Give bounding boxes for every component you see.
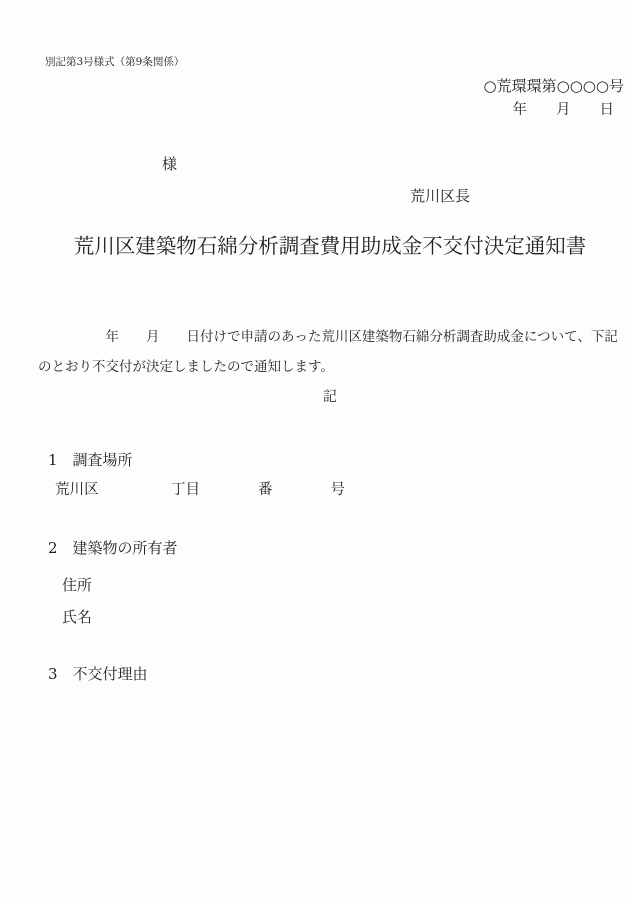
document-title: 荒川区建築物石綿分析調査費用助成金不交付決定通知書	[38, 235, 622, 259]
section-2-heading-building-owner: 2 建築物の所有者	[48, 540, 178, 557]
section-3-heading-denial-reason: 3 不交付理由	[48, 666, 148, 683]
survey-location-address-line: 荒川区 丁目 番 号	[55, 482, 345, 499]
addressee-honorific: 様	[162, 156, 177, 173]
issue-date-line: 年 月 日	[513, 102, 615, 119]
sender-name: 荒川区長	[410, 188, 470, 205]
document-number: ○荒環環第○○○○号	[484, 78, 624, 95]
ki-marker: 記	[38, 389, 622, 405]
body-paragraph-line-1: 年 月 日付けで申請のあった荒川区建築物石綿分析調査助成金について、下記	[38, 330, 618, 346]
body-paragraph-line-2: のとおり不交付が決定しましたので通知します。	[38, 360, 334, 376]
notification-document-page: 別記第3号様式（第9条関係） ○荒環環第○○○○号 年 月 日 様 荒川区長 荒…	[0, 0, 630, 903]
owner-name-label: 氏名	[62, 609, 92, 626]
form-style-note: 別記第3号様式（第9条関係）	[45, 56, 184, 68]
section-1-heading-survey-location: 1 調査場所	[48, 452, 133, 469]
owner-address-label: 住所	[62, 577, 92, 594]
